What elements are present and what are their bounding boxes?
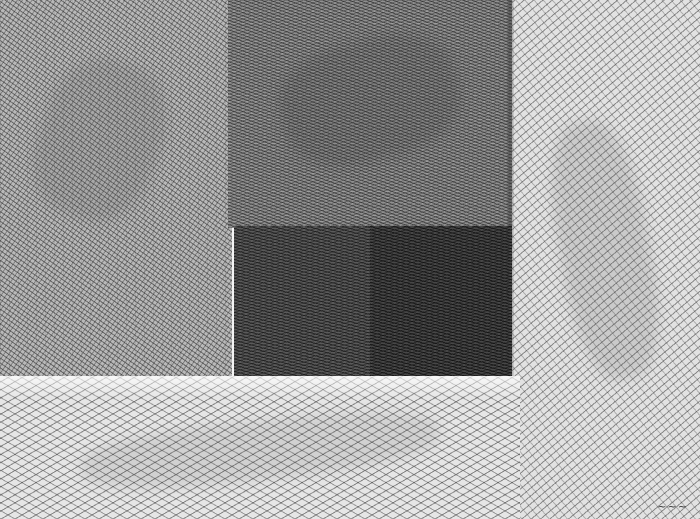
center-lower-right-dark-block	[370, 226, 512, 376]
bottom-band-highlight	[0, 376, 520, 398]
hatched-artwork: ~~~	[0, 0, 700, 519]
artist-signature: ~~~	[657, 500, 688, 513]
center-lower-left-dark-block	[234, 226, 374, 378]
